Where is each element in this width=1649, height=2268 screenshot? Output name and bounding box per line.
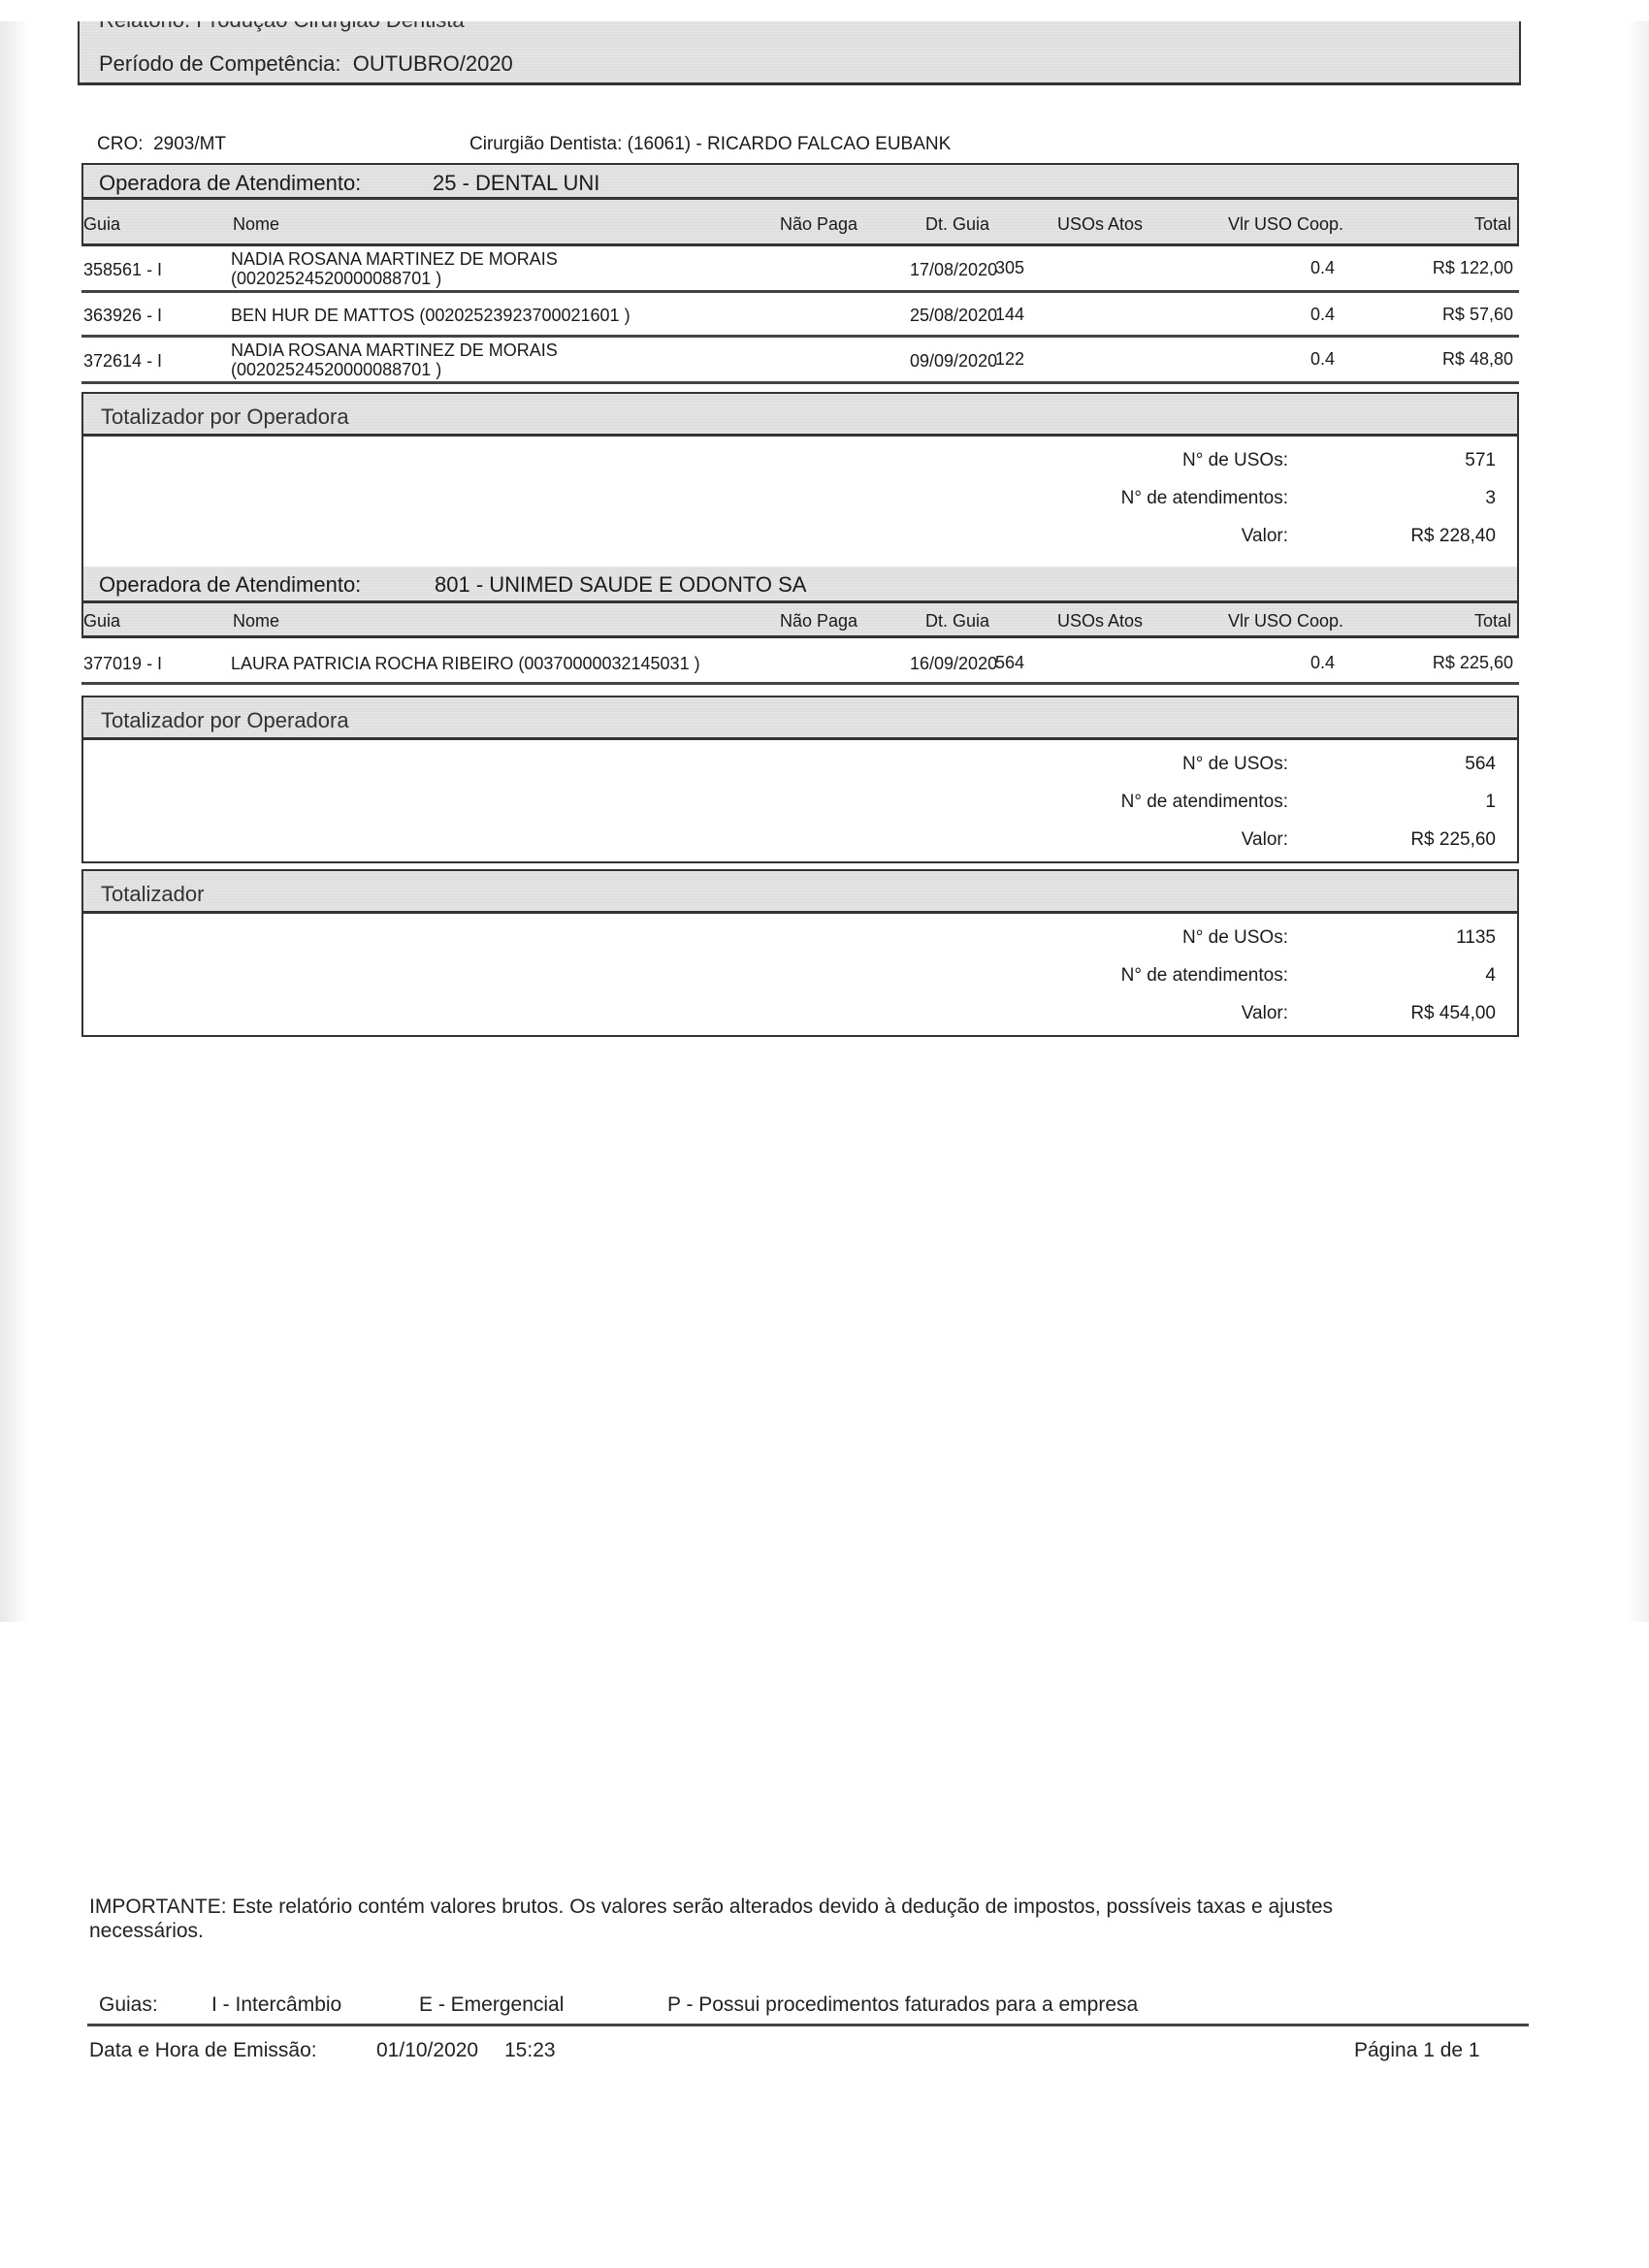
cro-label: CRO: (97, 134, 144, 154)
emission-date: 01/10/2020 (376, 2039, 478, 2062)
valor-label: Valor: (1242, 1003, 1288, 1024)
operadora-label: Operadora de Atendimento: (99, 572, 361, 598)
important-notice: IMPORTANTE: Este relatório contém valore… (89, 1895, 1333, 1943)
grand-totalizer-header: Totalizador (81, 869, 1519, 914)
row-nome-line1: NADIA ROSANA MARTINEZ DE MORAIS (231, 249, 558, 269)
dentist-info: Cirurgião Dentista: (16061) - RICARDO FA… (469, 134, 951, 155)
usos-value: 564 (1465, 754, 1496, 775)
valor-value: R$ 454,00 (1410, 1003, 1496, 1024)
emission-time: 15:23 (504, 2039, 556, 2062)
row-nome: LAURA PATRICIA ROCHA RIBEIRO (0037000003… (231, 654, 700, 674)
atendimentos-value: 4 (1485, 965, 1496, 987)
emission-label: Data e Hora de Emissão: (89, 2039, 317, 2062)
table-row: 358561 - I NADIA ROSANA MARTINEZ DE MORA… (81, 246, 1519, 293)
row-vlr-uso: 0.4 (1310, 653, 1335, 673)
row-total: R$ 225,60 (1433, 653, 1513, 673)
usos-label: N° de USOs: (1182, 450, 1288, 471)
totalizer-title: Totalizador por Operadora (101, 405, 349, 430)
row-dt-guia: 25/08/2020 (910, 306, 997, 326)
valor-label: Valor: (1242, 829, 1288, 851)
row-vlr-uso: 0.4 (1310, 305, 1335, 325)
col-nao-paga: Não Paga (780, 611, 857, 632)
usos-label: N° de USOs: (1182, 754, 1288, 775)
row-usos-atos: 144 (995, 305, 1024, 325)
col-guia: Guia (83, 214, 120, 235)
report-period: Período de Competência: OUTUBRO/2020 (99, 51, 513, 77)
valor-label: Valor: (1242, 526, 1288, 547)
row-dt-guia: 17/08/2020 (910, 260, 997, 280)
col-vlr-uso: Vlr USO Coop. (1228, 214, 1343, 235)
table-header: Guia Nome Não Paga Dt. Guia USOs Atos Vl… (81, 603, 1519, 638)
row-dt-guia: 16/09/2020 (910, 654, 997, 674)
page-number: Página 1 de 1 (1354, 2039, 1480, 2062)
row-nome: NADIA ROSANA MARTINEZ DE MORAIS (0020252… (231, 340, 558, 379)
row-guia: 372614 - I (83, 351, 162, 372)
totalizer-header: Totalizador por Operadora (81, 696, 1519, 740)
usos-value: 1135 (1456, 927, 1496, 949)
valor-value: R$ 225,60 (1410, 829, 1496, 851)
dentist-value: (16061) - RICARDO FALCAO EUBANK (628, 134, 952, 154)
col-usos-atos: USOs Atos (1057, 611, 1143, 632)
row-total: R$ 122,00 (1433, 258, 1513, 278)
col-vlr-uso: Vlr USO Coop. (1228, 611, 1343, 632)
report-title: Relatório: Produção Cirurgião Dentista (99, 21, 465, 33)
report-header: Relatório: Produção Cirurgião Dentista P… (78, 21, 1521, 85)
row-vlr-uso: 0.4 (1310, 258, 1335, 278)
cro-value: 2903/MT (153, 134, 226, 154)
legend-possui-procedimentos: P - Possui procedimentos faturados para … (667, 1993, 1138, 2017)
col-dt-guia: Dt. Guia (925, 214, 989, 235)
col-total: Total (1474, 611, 1511, 632)
totalizer-header: Totalizador por Operadora (81, 392, 1519, 437)
row-nome: BEN HUR DE MATTOS (00202523923700021601 … (231, 306, 630, 326)
usos-value: 571 (1465, 450, 1496, 471)
important-line-1: IMPORTANTE: Este relatório contém valore… (89, 1895, 1333, 1919)
legend-emergencial: E - Emergencial (419, 1993, 564, 2017)
row-nome-line2: (00202524520000088701 ) (231, 269, 558, 288)
col-nao-paga: Não Paga (780, 214, 857, 235)
cro-info: CRO: 2903/MT (97, 134, 226, 155)
dentist-label: Cirurgião Dentista: (469, 134, 622, 154)
row-dt-guia: 09/09/2020 (910, 351, 997, 372)
operadora-header: Operadora de Atendimento: 801 - UNIMED S… (81, 567, 1519, 603)
scan-shadow-left (0, 21, 29, 1622)
atendimentos-label: N° de atendimentos: (1121, 792, 1288, 813)
row-nome: NADIA ROSANA MARTINEZ DE MORAIS (0020252… (231, 249, 558, 288)
table-row: 372614 - I NADIA ROSANA MARTINEZ DE MORA… (81, 338, 1519, 384)
atendimentos-label: N° de atendimentos: (1121, 488, 1288, 509)
legend-intercambio: I - Intercâmbio (211, 1993, 341, 2017)
operadora-name: 25 - DENTAL UNI (433, 171, 599, 196)
col-total: Total (1474, 214, 1511, 235)
row-guia: 358561 - I (83, 260, 162, 280)
period-value: OUTUBRO/2020 (353, 51, 513, 76)
grand-totalizer-body: N° de USOs: 1135 N° de atendimentos: 4 V… (81, 914, 1519, 1037)
row-usos-atos: 564 (995, 653, 1024, 673)
row-total: R$ 57,60 (1442, 305, 1513, 325)
important-line-2: necessários. (89, 1919, 1333, 1943)
col-usos-atos: USOs Atos (1057, 214, 1143, 235)
period-label: Período de Competência: (99, 51, 341, 76)
table-header: Guia Nome Não Paga Dt. Guia USOs Atos Vl… (81, 200, 1519, 246)
totalizer-title: Totalizador por Operadora (101, 708, 349, 733)
col-guia: Guia (83, 611, 120, 632)
table-row: 363926 - I BEN HUR DE MATTOS (0020252392… (81, 293, 1519, 338)
grand-totalizer-title: Totalizador (101, 882, 204, 907)
row-usos-atos: 305 (995, 258, 1024, 278)
row-usos-atos: 122 (995, 349, 1024, 370)
row-total: R$ 48,80 (1442, 349, 1513, 370)
scan-shadow-right (1626, 21, 1649, 1622)
row-guia: 363926 - I (83, 306, 162, 326)
row-guia: 377019 - I (83, 654, 162, 674)
totalizer-body: N° de USOs: 564 N° de atendimentos: 1 Va… (81, 740, 1519, 863)
operadora-header: Operadora de Atendimento: 25 - DENTAL UN… (81, 163, 1519, 200)
valor-value: R$ 228,40 (1410, 526, 1496, 547)
table-row: 377019 - I LAURA PATRICIA ROCHA RIBEIRO … (81, 638, 1519, 685)
operadora-name: 801 - UNIMED SAUDE E ODONTO SA (435, 572, 806, 598)
usos-label: N° de USOs: (1182, 927, 1288, 949)
footer-divider (87, 2024, 1529, 2026)
col-nome: Nome (233, 214, 279, 235)
row-nome-line2: (00202524520000088701 ) (231, 360, 558, 379)
guias-label: Guias: (99, 1993, 158, 2017)
row-vlr-uso: 0.4 (1310, 349, 1335, 370)
totalizer-body: N° de USOs: 571 N° de atendimentos: 3 Va… (81, 437, 1519, 568)
col-nome: Nome (233, 611, 279, 632)
atendimentos-label: N° de atendimentos: (1121, 965, 1288, 987)
atendimentos-value: 3 (1485, 488, 1496, 509)
row-nome-line1: NADIA ROSANA MARTINEZ DE MORAIS (231, 340, 558, 360)
col-dt-guia: Dt. Guia (925, 611, 989, 632)
operadora-label: Operadora de Atendimento: (99, 171, 361, 196)
atendimentos-value: 1 (1485, 792, 1496, 813)
